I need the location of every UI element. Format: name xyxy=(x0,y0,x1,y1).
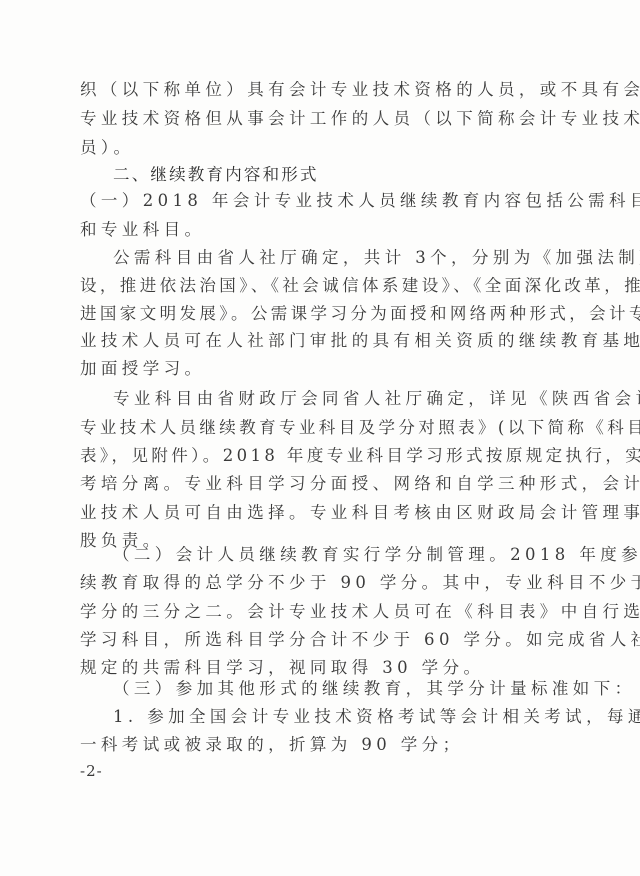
text-line: 学分的三分之二。会计专业技术人员可在《科目表》中自行选择 xyxy=(80,602,580,622)
text-line: 续教育取得的总学分不少于 90 学分。其中，专业科目不少于总 xyxy=(80,573,580,593)
text-line: （三）参加其他形式的继续教育，其学分计量标准如下： xyxy=(113,679,613,699)
text-line: （二）会计人员继续教育实行学分制管理。2018 年度参加继 xyxy=(113,545,613,565)
text-line: 专业技术人员继续教育专业科目及学分对照表》(以下简称《科目 xyxy=(80,418,580,438)
text-line: 规定的共需科目学习，视同取得 30 学分。 xyxy=(80,658,580,678)
text-line: 公需科目由省人社厅确定，共计 3个，分别为《加强法制建 xyxy=(113,248,613,268)
text-line: 业技术人员可自由选择。专业科目考核由区财政局会计管理事务 xyxy=(80,503,580,523)
text-line: 织（以下称单位）具有会计专业技术资格的人员，或不具有会计 xyxy=(80,80,580,100)
text-line: 和专业科目。 xyxy=(80,220,580,240)
text-line: 考培分离。专业科目学习分面授、网络和自学三种形式，会计专 xyxy=(80,474,580,494)
text-line: 学习科目，所选科目学分合计不少于 60 学分。如完成省人社厅 xyxy=(80,630,580,650)
page-number: -2- xyxy=(80,762,103,780)
text-line: 业技术人员可在人社部门审批的具有相关资质的继续教育基地参 xyxy=(80,331,580,351)
text-line: 表》，见附件）。2018 年度专业科目学习形式按原规定执行，实行 xyxy=(80,446,580,466)
text-line: 专业科目由省财政厅会同省人社厅确定，详见《陕西省会计 xyxy=(113,389,613,409)
text-line: 进国家文明发展》。公需课学习分为面授和网络两种形式，会计专 xyxy=(80,304,580,324)
document-page: 织（以下称单位）具有会计专业技术资格的人员，或不具有会计专业技术资格但从事会计工… xyxy=(0,0,640,876)
text-line: 设，推进依法治国》、《社会诚信体系建设》、《全面深化改革，推 xyxy=(80,276,580,296)
text-line: 员）。 xyxy=(80,138,580,158)
text-line: 一科考试或被录取的，折算为 90 学分； xyxy=(80,735,580,755)
section-heading: 二、继续教育内容和形式 xyxy=(113,165,613,185)
text-line: 专业技术资格但从事会计工作的人员（以下简称会计专业技术人 xyxy=(80,109,580,129)
text-line: 加面授学习。 xyxy=(80,359,580,379)
text-line: 1. 参加全国会计专业技术资格考试等会计相关考试，每通过 xyxy=(113,707,613,727)
text-line: （一）2018 年会计专业技术人员继续教育内容包括公需科目 xyxy=(80,191,580,211)
